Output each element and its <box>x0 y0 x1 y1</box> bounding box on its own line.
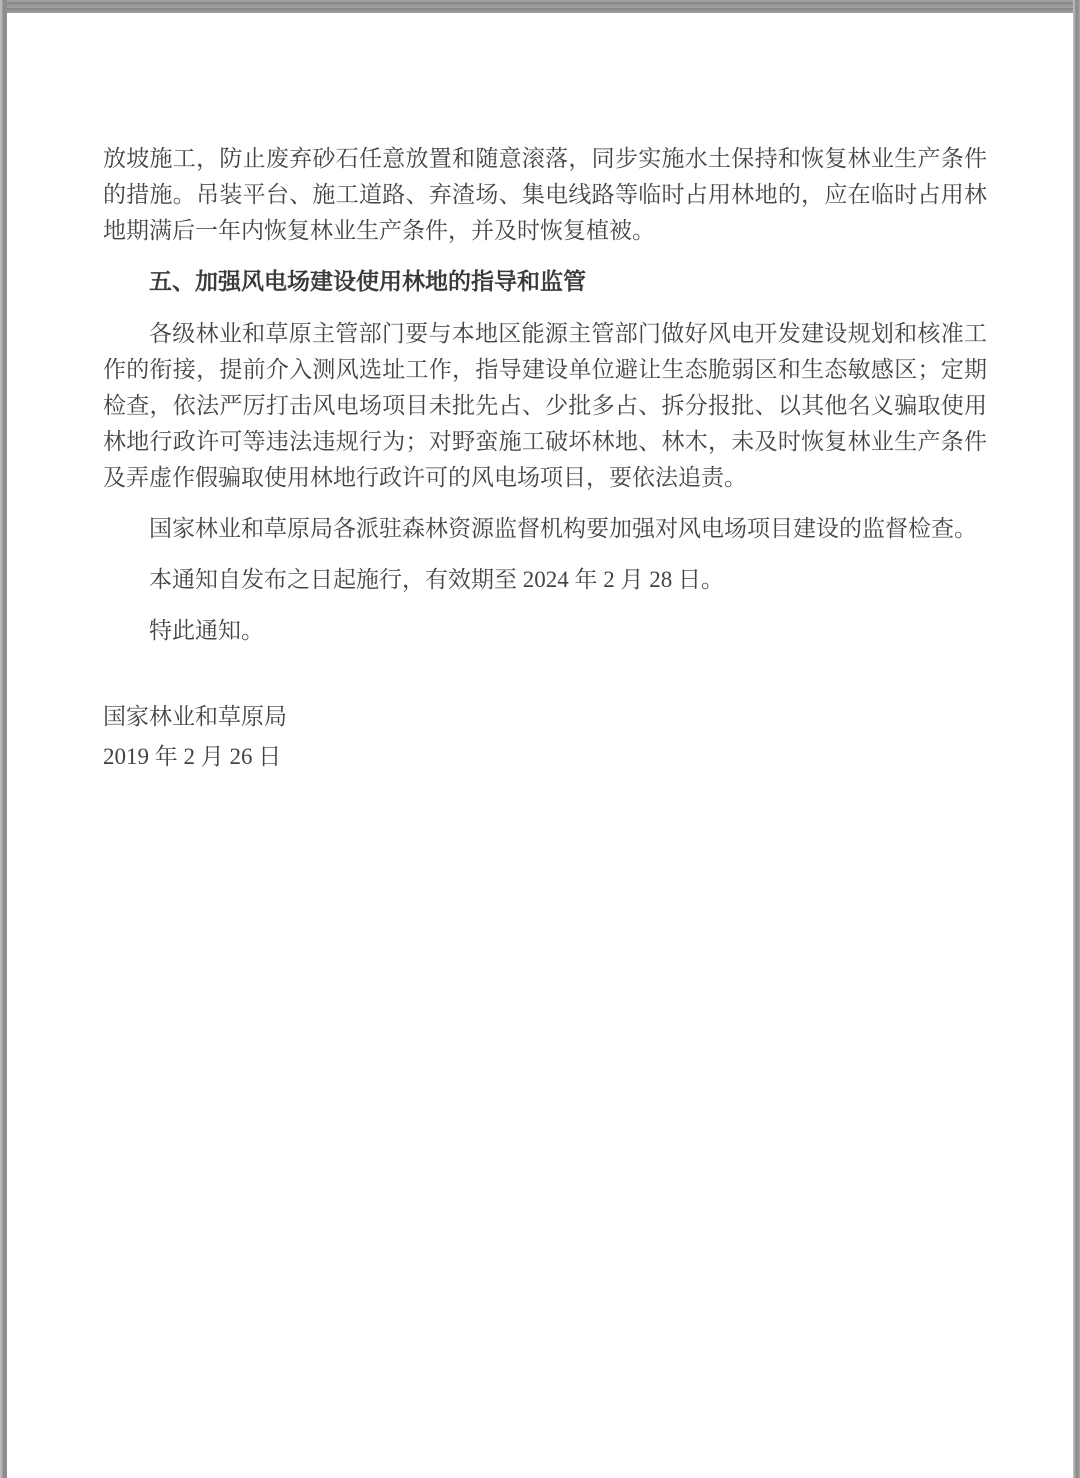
document-viewer: { "page": { "frame_color": "#8f8f8f", "p… <box>0 0 1080 1478</box>
viewer-page-gap-top <box>0 0 1080 13</box>
body-paragraph-supervision: 国家林业和草原局各派驻森林资源监督机构要加强对风电场项目建设的监督检查。 <box>103 511 987 547</box>
body-paragraph-validity: 本通知自发布之日起施行，有效期至 2024 年 2 月 28 日。 <box>103 562 987 598</box>
signature-date: 2019 年 2 月 26 日 <box>103 737 987 777</box>
document-content: 放坡施工，防止废弃砂石任意放置和随意滚落，同步实施水土保持和恢复林业生产条件的措… <box>103 13 987 777</box>
body-paragraph-closing: 特此通知。 <box>103 613 987 649</box>
viewer-page-edge-right <box>1073 0 1080 1478</box>
signature-issuer: 国家林业和草原局 <box>103 697 987 737</box>
viewer-page-edge-left <box>0 0 7 1478</box>
continuation-paragraph: 放坡施工，防止废弃砂石任意放置和随意滚落，同步实施水土保持和恢复林业生产条件的措… <box>103 141 987 249</box>
document-page: 放坡施工，防止废弃砂石任意放置和随意滚落，同步实施水土保持和恢复林业生产条件的措… <box>7 13 1073 1478</box>
signature-block: 国家林业和草原局 2019 年 2 月 26 日 <box>103 697 987 777</box>
section-heading: 五、加强风电场建设使用林地的指导和监管 <box>103 264 987 300</box>
body-paragraph-guidance: 各级林业和草原主管部门要与本地区能源主管部门做好风电开发建设规划和核准工作的衔接… <box>103 316 987 496</box>
